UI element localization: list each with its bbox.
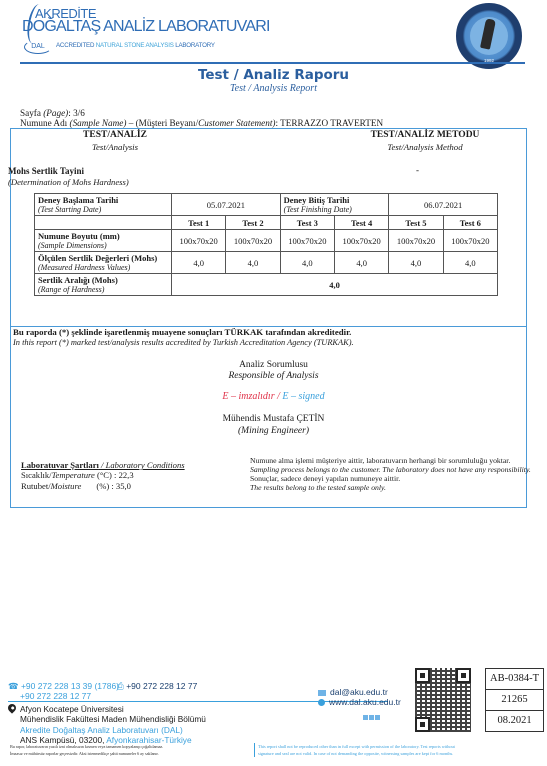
report-date: 08.2021 — [486, 711, 543, 731]
disclaimer-tr: Bu rapor, laboratuvarın yazılı izni olma… — [10, 744, 163, 749]
fax-icon: ⎙ — [117, 681, 124, 691]
sample-statement-en: Customer Statement) — [198, 118, 275, 128]
note-line: Sampling process belongs to the customer… — [250, 465, 531, 474]
disclaimer-en: signature and seal are not valid. In cas… — [258, 751, 453, 756]
moisture: Rutubet/Moisture (%) : 35,0 — [21, 481, 131, 491]
note-line: The results belong to the tested sample … — [250, 483, 386, 492]
fax: ⎙ +90 272 228 12 77 — [117, 681, 197, 692]
location-pin-icon — [6, 702, 17, 713]
range-label-tr: Sertlik Aralığı (Mohs) — [38, 275, 168, 285]
range-label: Sertlik Aralığı (Mohs)(Range of Hardness… — [35, 274, 172, 296]
page-number: Sayfa (Page): 3/6 — [20, 108, 85, 118]
logo-line3-suffix: LABORATORY — [175, 42, 215, 49]
qr-finder — [415, 668, 430, 683]
accreditation-codes: AB-0384-T 21265 08.2021 — [485, 668, 544, 732]
start-label-tr: Deney Başlama Tarihi — [38, 195, 168, 205]
page-label-en: (Page) — [43, 108, 68, 118]
qr-finder — [456, 668, 471, 683]
finish-label-en: (Test Finishing Date) — [284, 205, 386, 214]
moist-label: Rutubet/ — [21, 481, 51, 491]
dimension-cell: 100x70x20 — [334, 230, 388, 252]
envelope-icon — [318, 690, 326, 696]
dimension-cell: 100x70x20 — [280, 230, 334, 252]
test-name-en: (Determination of Mohs Hardness) — [8, 177, 129, 187]
page-subtitle: Test / Analysis Report — [0, 83, 547, 94]
dimension-cell: 100x70x20 — [226, 230, 280, 252]
twitter-icon[interactable] — [369, 715, 374, 720]
sample-value: : TERRAZZO TRAVERTEN — [275, 118, 383, 128]
test-header: Test 5 — [389, 216, 443, 230]
date-row: Deney Başlama Tarihi(Test Starting Date)… — [35, 194, 498, 216]
logo-badge: DAL — [24, 40, 52, 54]
logo-line2: DOĞALTAŞ ANALİZ LABORATUVARI — [22, 18, 270, 36]
hardness-cell: 4,0 — [226, 252, 280, 274]
range-row: Sertlik Aralığı (Mohs)(Range of Hardness… — [35, 274, 498, 296]
disclaimer-tr: İmzasız ve mühürsüz raporlar geçersizdir… — [10, 751, 159, 756]
fax-number: +90 272 228 12 77 — [126, 681, 197, 691]
page-value: : 3/6 — [68, 108, 85, 118]
finish-label-tr: Deney Bitiş Tarihi — [284, 195, 386, 205]
header-divider — [20, 62, 525, 64]
address-line: Afyon Kocatepe Üniversitesi — [20, 704, 124, 714]
results-table: Deney Başlama Tarihi(Test Starting Date)… — [34, 193, 498, 296]
moist-label-en: Moisture — [51, 481, 82, 491]
responsible-role-en: Responsible of Analysis — [0, 371, 547, 381]
col-test-heading: TEST/ANALİZ — [40, 130, 190, 140]
page-title: Test / Analiz Raporu — [0, 67, 547, 83]
website: www.dal.aku.edu.tr — [318, 697, 401, 707]
qr-code — [415, 668, 471, 732]
logo-line3-mid: NATURAL STONE ANALYSIS — [96, 42, 174, 49]
moist-value: (%) : 35,0 — [81, 481, 131, 491]
lab-conditions-heading: Laboratuvar Şartları / Laboratory Condit… — [21, 460, 185, 470]
globe-icon — [318, 699, 325, 706]
temp-value: (°C) : 22,3 — [95, 470, 134, 480]
sample-sep: – (Müşteri Beyanı/ — [126, 118, 198, 128]
address-line: Mühendislik Fakültesi Maden Mühendisliği… — [20, 714, 206, 724]
engineer-title: (Mining Engineer) — [0, 426, 547, 436]
disclaimer-en: This report shall not be reproduced othe… — [258, 744, 455, 749]
social-icons — [363, 707, 381, 725]
start-date: 05.07.2021 — [172, 194, 281, 216]
email-link[interactable]: dal@aku.edu.tr — [330, 687, 388, 697]
test-header: Test 3 — [280, 216, 334, 230]
hardness-cell: 4,0 — [443, 252, 497, 274]
test-header: Test 1 — [172, 216, 226, 230]
finish-date-label: Deney Bitiş Tarihi(Test Finishing Date) — [280, 194, 389, 216]
lab-heading-en: / Laboratory Conditions — [99, 460, 185, 470]
footer-separator — [254, 743, 255, 757]
report-number: 21265 — [486, 690, 543, 711]
dimension-cell: 100x70x20 — [389, 230, 443, 252]
e-signature: E – imzalıdır / E – signed — [0, 391, 547, 402]
col-test-heading-en: Test/Analysis — [40, 142, 190, 152]
note-line: Numune alma işlemi müşteriye aittir, lab… — [250, 456, 510, 465]
sample-label: Numune Adı — [20, 118, 67, 128]
dimension-cell: 100x70x20 — [172, 230, 226, 252]
hardness-cell: 4,0 — [334, 252, 388, 274]
signed-en: E – signed — [282, 391, 324, 402]
instagram-icon[interactable] — [375, 715, 380, 720]
method-value: - — [416, 165, 419, 175]
temperature: Sıcaklık/Temperature (°C) : 22,3 — [21, 470, 134, 480]
sample-name: Numune Adı (Sample Name) – (Müşteri Beya… — [20, 118, 383, 128]
lab-heading-tr: Laboratuvar Şartları — [21, 460, 99, 470]
row-label-tr: Numune Boyutu (mm) — [38, 231, 168, 241]
start-label-en: (Test Starting Date) — [38, 205, 168, 214]
address-line: Akredite Doğaltaş Analiz Laboratuvarı (D… — [20, 725, 183, 735]
range-value: 4,0 — [172, 274, 498, 296]
accreditation-note: Bu raporda (*) şeklinde işaretlenmiş mua… — [13, 327, 351, 337]
qr-finder — [415, 717, 430, 732]
page-label: Sayfa — [20, 108, 41, 118]
start-date-label: Deney Başlama Tarihi(Test Starting Date) — [35, 194, 172, 216]
row-label: Ölçülen Sertlik Değerleri (Mohs)(Measure… — [35, 252, 172, 274]
row-label-en: (Measured Hardness Values) — [38, 263, 168, 272]
email: dal@aku.edu.tr — [318, 687, 388, 697]
phone-number-2[interactable]: +90 272 228 12 77 — [20, 691, 91, 701]
row-label-tr: Ölçülen Sertlik Değerleri (Mohs) — [38, 253, 168, 263]
note-line: Sonuçlar, sadece deneyi yapılan numuneye… — [250, 474, 400, 483]
test-header: Test 6 — [443, 216, 497, 230]
phone-number-1[interactable]: +90 272 228 13 39 (1786) — [21, 681, 119, 691]
phone-icon: ☎ — [8, 681, 19, 691]
hardness-cell: 4,0 — [172, 252, 226, 274]
temp-label: Sıcaklık/ — [21, 470, 52, 480]
accreditation-number: AB-0384-T — [486, 669, 543, 690]
range-label-en: (Range of Hardness) — [38, 285, 168, 294]
table-row: Ölçülen Sertlik Değerleri (Mohs)(Measure… — [35, 252, 498, 274]
hardness-cell: 4,0 — [389, 252, 443, 274]
responsible-role: Analiz Sorumlusu — [0, 360, 547, 370]
logo-line3-prefix: ACCREDITED — [56, 42, 94, 49]
logo-line3: ACCREDITED NATURAL STONE ANALYSIS LABORA… — [56, 42, 215, 49]
blank-header-cell — [35, 216, 172, 230]
signed-tr: E – imzalıdır — [222, 391, 274, 402]
facebook-icon[interactable] — [363, 715, 368, 720]
finish-date: 06.07.2021 — [389, 194, 498, 216]
university-seal: 1992 — [456, 3, 522, 69]
test-header: Test 2 — [226, 216, 280, 230]
col-method-heading-en: Test/Analysis Method — [340, 142, 510, 152]
dimension-cell: 100x70x20 — [443, 230, 497, 252]
lab-logo: AKREDİTE DOĞALTAŞ ANALİZ LABORATUVARI DA… — [8, 4, 268, 54]
test-header-row: Test 1 Test 2 Test 3 Test 4 Test 5 Test … — [35, 216, 498, 230]
table-row: Numune Boyutu (mm)(Sample Dimensions) 10… — [35, 230, 498, 252]
website-link[interactable]: www.dal.aku.edu.tr — [329, 697, 401, 707]
test-header: Test 4 — [334, 216, 388, 230]
row-label-en: (Sample Dimensions) — [38, 241, 168, 250]
sample-label-en: (Sample Name) — [70, 118, 127, 128]
accreditation-note-en: In this report (*) marked test/analysis … — [13, 338, 354, 347]
temp-label-en: Temperature — [52, 470, 95, 480]
hardness-cell: 4,0 — [280, 252, 334, 274]
test-name: Mohs Sertlik Tayini — [8, 166, 84, 176]
col-method-heading: TEST/ANALİZ METODU — [340, 130, 510, 140]
engineer-name: Mühendis Mustafa ÇETİN — [0, 414, 547, 424]
row-label: Numune Boyutu (mm)(Sample Dimensions) — [35, 230, 172, 252]
